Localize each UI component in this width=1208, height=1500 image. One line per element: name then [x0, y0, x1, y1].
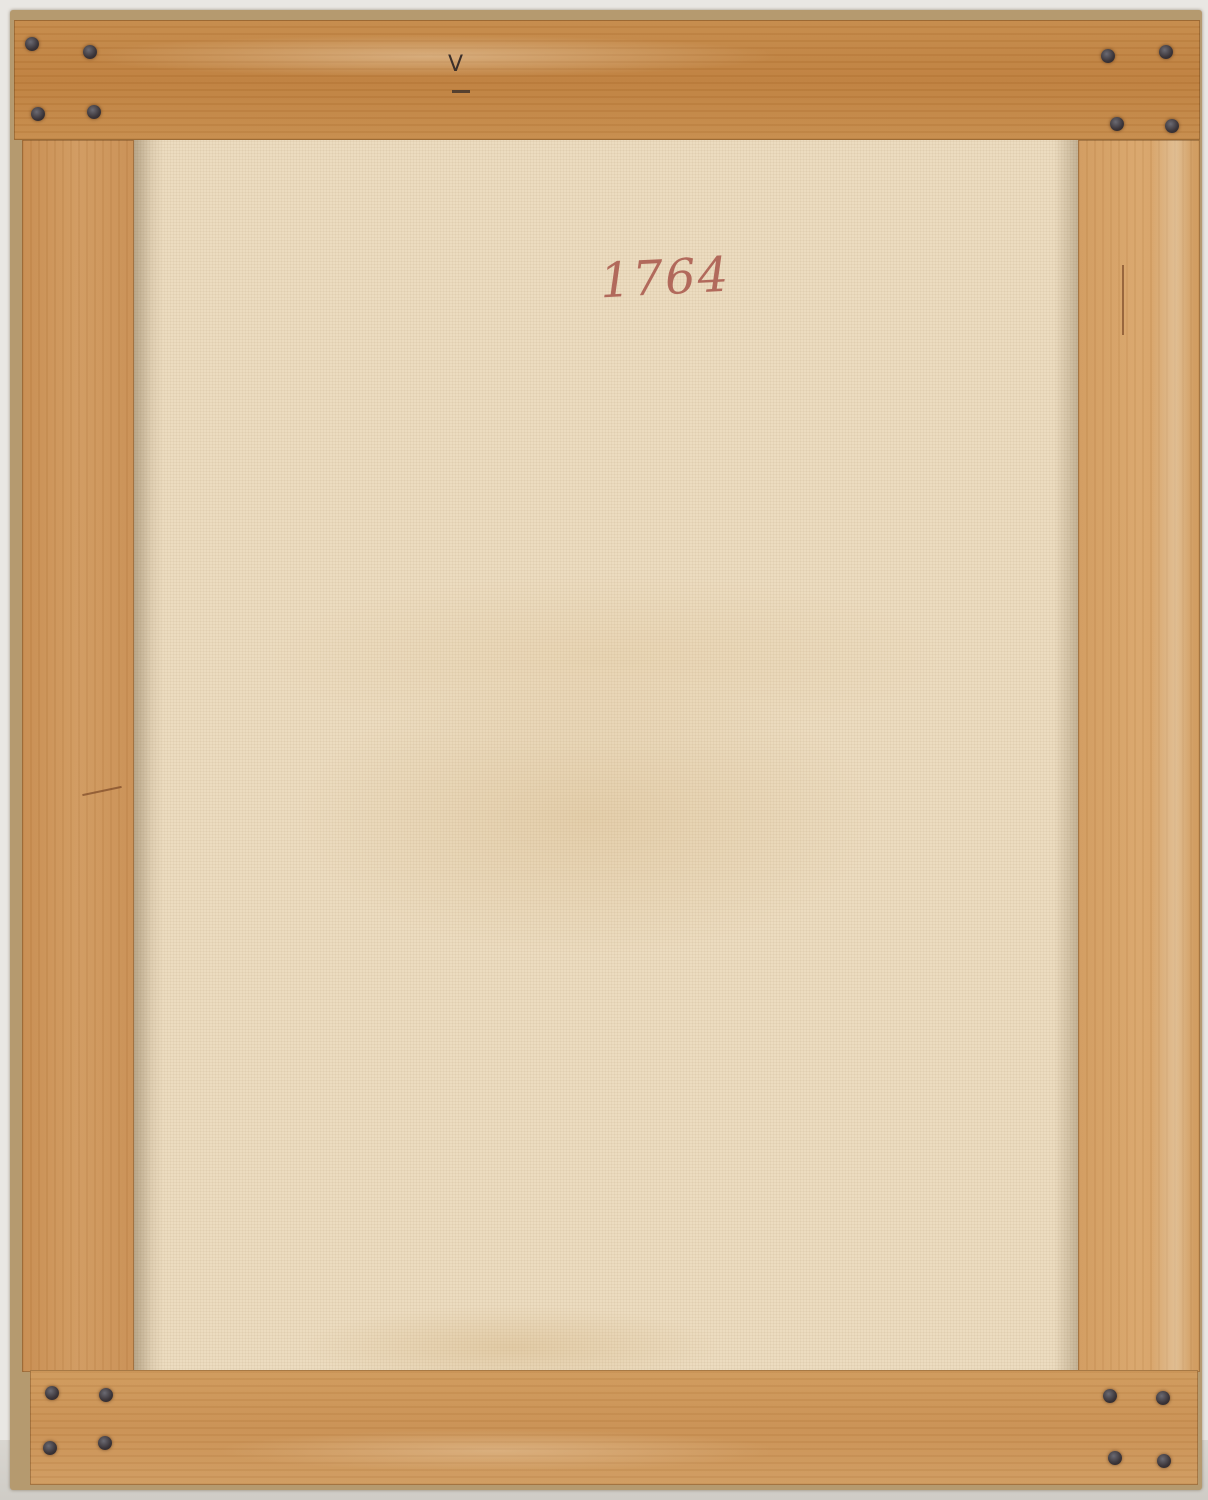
nail-head-icon: [1103, 1389, 1117, 1403]
stretcher-bar-left: [22, 140, 134, 1372]
nail-head-icon: [1101, 49, 1115, 63]
nail-head-icon: [45, 1386, 59, 1400]
nail-head-icon: [43, 1441, 57, 1455]
wood-scratch-right: [1122, 265, 1124, 335]
nail-head-icon: [1110, 117, 1124, 131]
nail-head-icon: [1108, 1451, 1122, 1465]
stretcher-v-mark: V: [448, 52, 463, 77]
linen-canvas-back: [134, 140, 1078, 1372]
stretcher-bar-bottom: [30, 1370, 1198, 1485]
nail-head-icon: [87, 105, 101, 119]
stretcher-mark-underline: [452, 90, 470, 93]
stretcher-bar-right: [1078, 140, 1200, 1372]
nail-head-icon: [25, 37, 39, 51]
nail-head-icon: [83, 45, 97, 59]
date-inscription: 1764: [599, 247, 732, 310]
nail-head-icon: [1165, 119, 1179, 133]
nail-head-icon: [1156, 1391, 1170, 1405]
nail-head-icon: [31, 107, 45, 121]
stretcher-bar-top: [14, 20, 1200, 140]
nail-head-icon: [1157, 1454, 1171, 1468]
nail-head-icon: [1159, 45, 1173, 59]
nail-head-icon: [99, 1388, 113, 1402]
nail-head-icon: [98, 1436, 112, 1450]
photo-scene: V 1764: [0, 0, 1208, 1500]
